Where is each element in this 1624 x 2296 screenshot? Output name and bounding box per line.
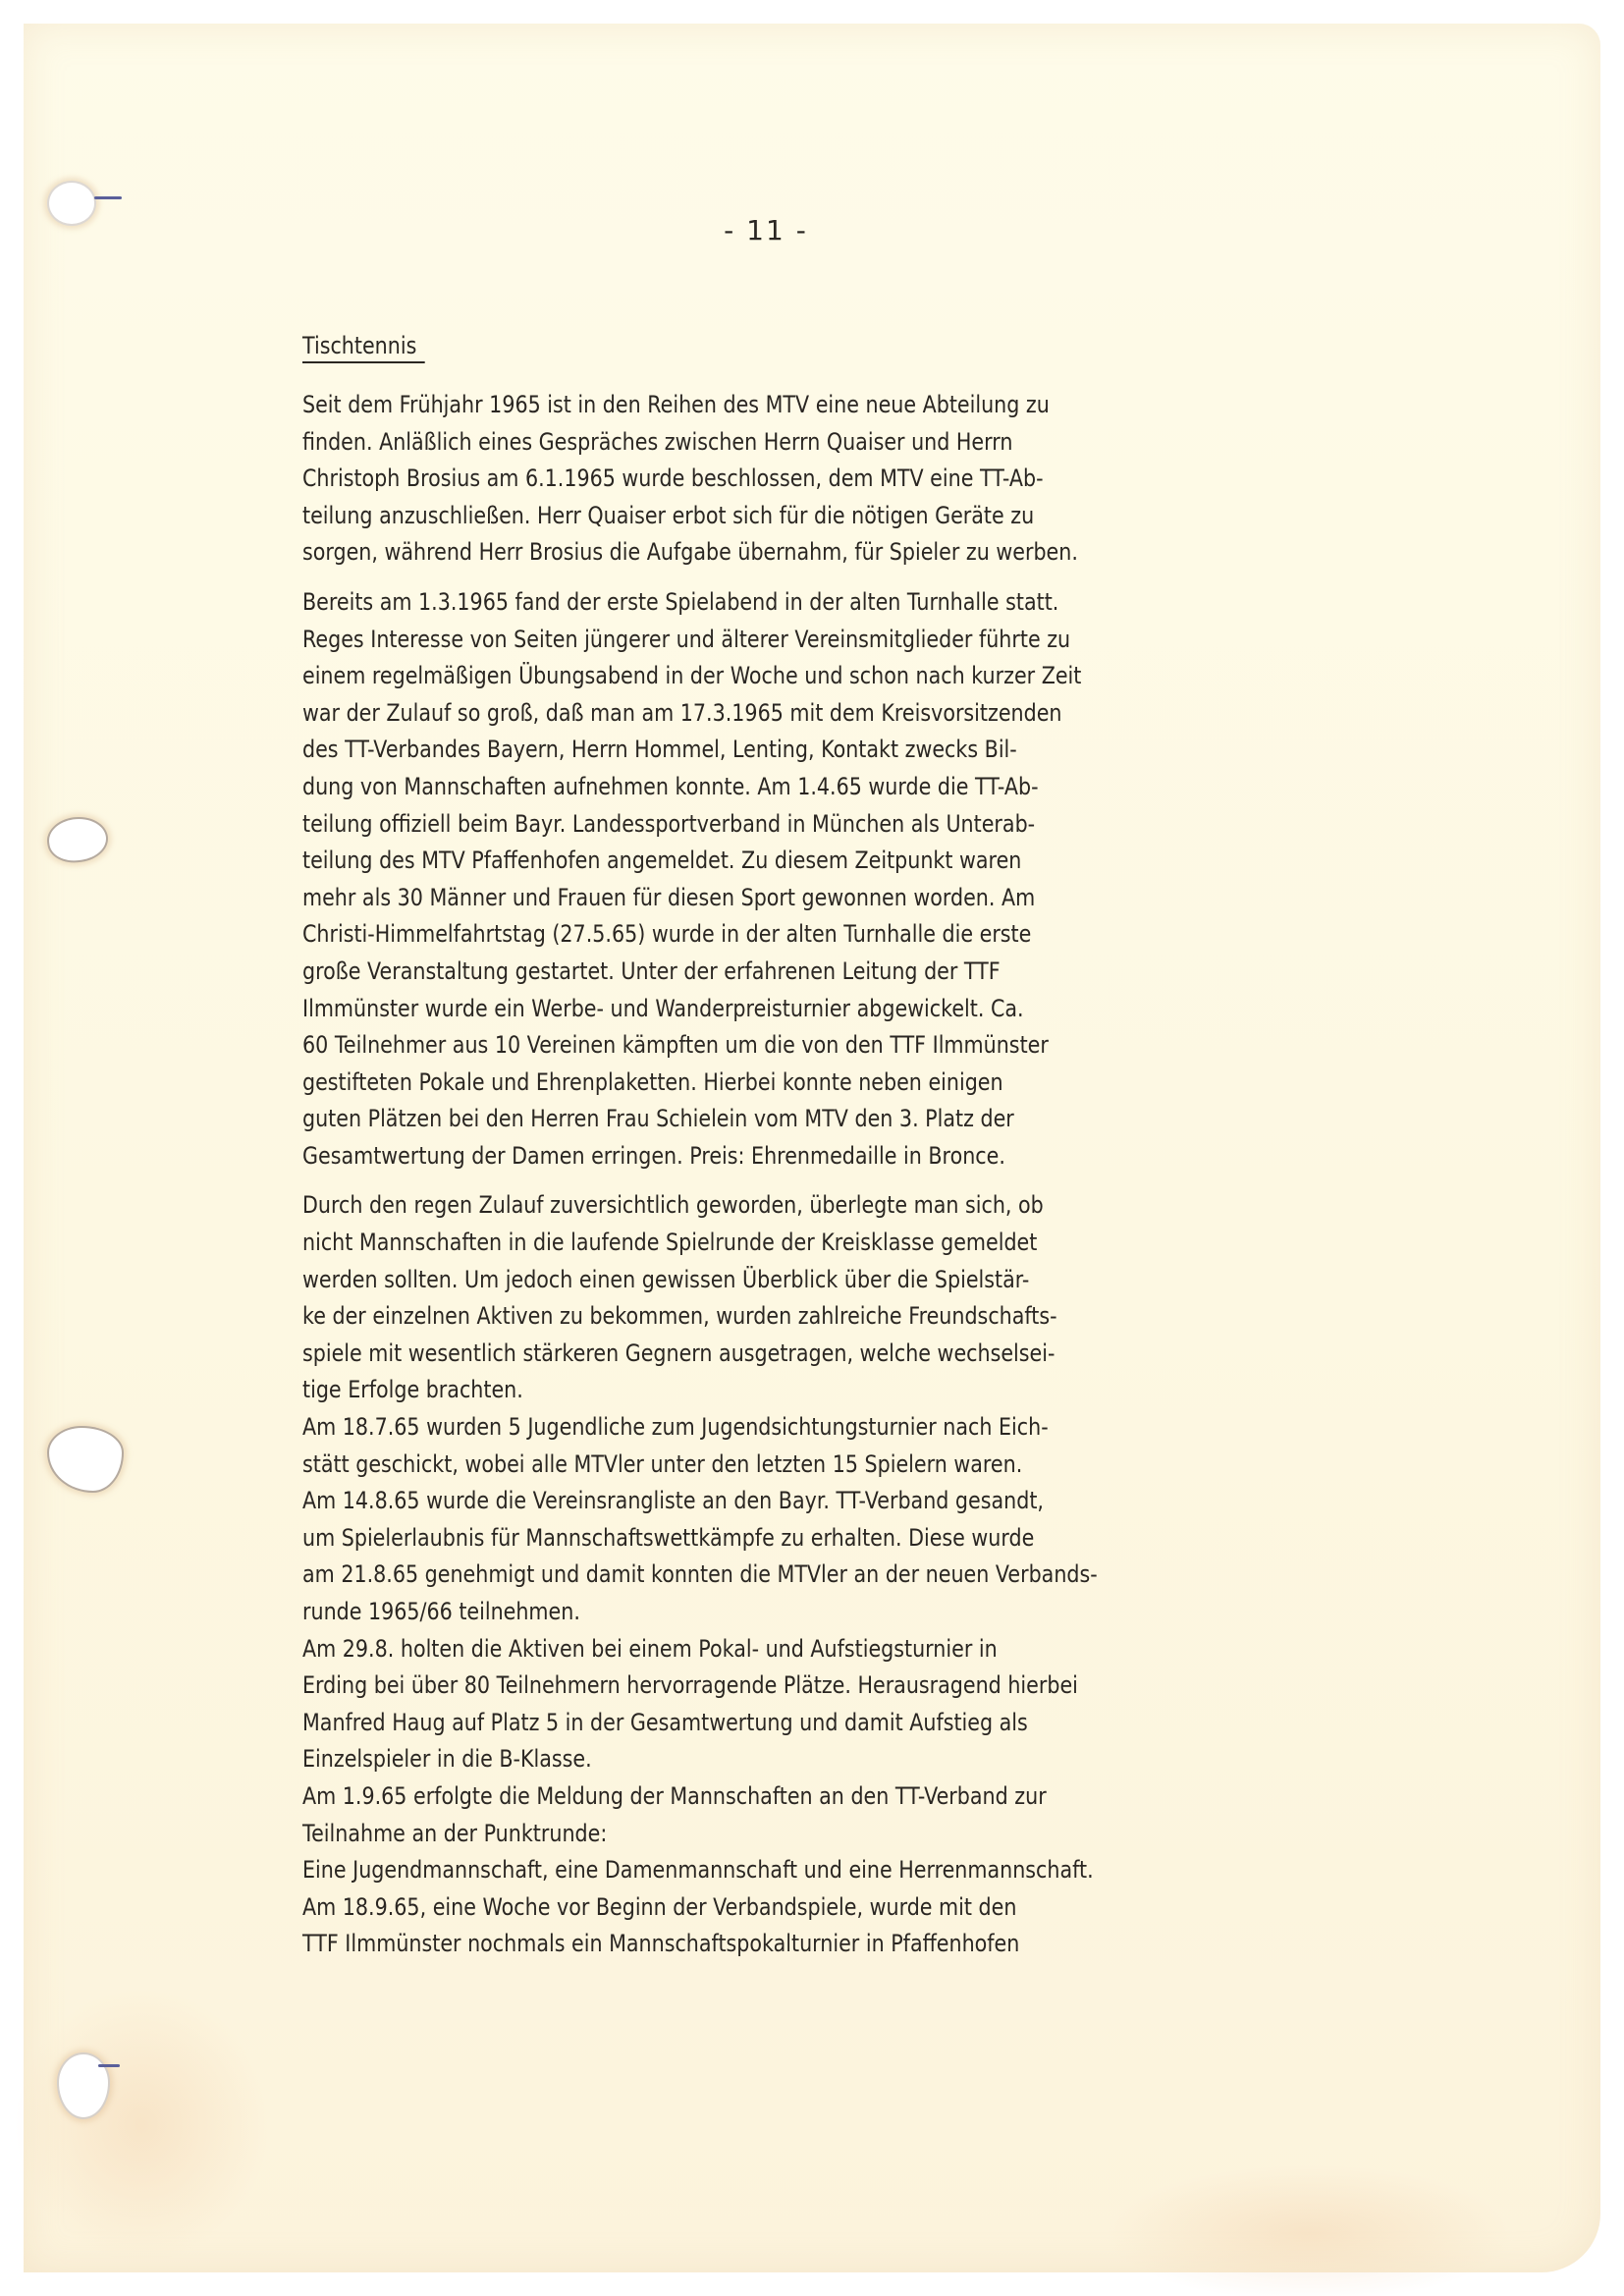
text-line: Am 29.8. holten die Aktiven bei einem Po… [302, 1631, 1367, 1668]
text-line: 60 Teilnehmer aus 10 Vereinen kämpften u… [302, 1027, 1367, 1065]
text-line: war der Zulauf so groß, daß man am 17.3.… [302, 695, 1367, 733]
text-line: um Spielerlaubnis für Mannschaftswettkäm… [302, 1520, 1367, 1558]
text-line: des TT-Verbandes Bayern, Herrn Hommel, L… [302, 732, 1367, 769]
text-line: Bereits am 1.3.1965 fand der erste Spiel… [302, 584, 1367, 622]
paper-stain [1104, 2164, 1516, 2296]
text-line: guten Plätzen bei den Herren Frau Schiel… [302, 1101, 1367, 1138]
paragraph-2: Bereits am 1.3.1965 fand der erste Spiel… [302, 584, 1367, 1175]
text-line: Ilmmünster wurde ein Werbe- und Wanderpr… [302, 991, 1367, 1028]
text-line: Reges Interesse von Seiten jüngerer und … [302, 622, 1367, 659]
section-heading: Tischtennis [302, 332, 425, 363]
text-line: teilung des MTV Pfaffenhofen angemeldet.… [302, 843, 1367, 880]
paragraph-1: Seit dem Frühjahr 1965 ist in den Reihen… [302, 387, 1367, 572]
text-line: einem regelmäßigen Übungsabend in der Wo… [302, 658, 1367, 695]
text-line: dung von Mannschaften aufnehmen konnte. … [302, 769, 1367, 806]
pen-mark [98, 2064, 120, 2067]
paragraph-3: Durch den regen Zulauf zuversichtlich ge… [302, 1187, 1367, 1962]
punch-hole-3 [47, 1426, 124, 1493]
text-line: Am 18.7.65 wurden 5 Jugendliche zum Juge… [302, 1409, 1367, 1447]
pen-mark [94, 196, 122, 199]
text-line: werden sollten. Um jedoch einen gewissen… [302, 1262, 1367, 1299]
text-line: Erding bei über 80 Teilnehmern hervorrag… [302, 1667, 1367, 1705]
text-line: Manfred Haug auf Platz 5 in der Gesamtwe… [302, 1705, 1367, 1742]
text-line: große Veranstaltung gestartet. Unter der… [302, 954, 1367, 991]
page-number: - 11 - [0, 214, 1532, 246]
text-line: Am 14.8.65 wurde die Vereinsrangliste an… [302, 1483, 1367, 1520]
text-line: Gesamtwertung der Damen erringen. Preis:… [302, 1138, 1367, 1175]
punch-hole-2 [44, 813, 111, 866]
text-line: runde 1965/66 teilnehmen. [302, 1594, 1367, 1631]
paper-stain [14, 1988, 269, 2263]
text-line: teilung anzuschließen. Herr Quaiser erbo… [302, 498, 1367, 535]
text-line: TTF Ilmmünster nochmals ein Mannschaftsp… [302, 1926, 1367, 1963]
document-body: Seit dem Frühjahr 1965 ist in den Reihen… [302, 387, 1367, 1963]
text-line: tige Erfolge brachten. [302, 1372, 1367, 1409]
text-line: Am 18.9.65, eine Woche vor Beginn der Ve… [302, 1889, 1367, 1927]
text-line: Einzelspieler in die B-Klasse. [302, 1741, 1367, 1778]
text-line: nicht Mannschaften in die laufende Spiel… [302, 1225, 1367, 1262]
text-line: Durch den regen Zulauf zuversichtlich ge… [302, 1187, 1367, 1225]
text-line: finden. Anläßlich eines Gespräches zwisc… [302, 424, 1367, 462]
text-line: Christoph Brosius am 6.1.1965 wurde besc… [302, 461, 1367, 498]
text-line: mehr als 30 Männer und Frauen für diesen… [302, 880, 1367, 917]
text-line: sorgen, während Herr Brosius die Aufgabe… [302, 534, 1367, 572]
text-line: Seit dem Frühjahr 1965 ist in den Reihen… [302, 387, 1367, 424]
text-line: spiele mit wesentlich stärkeren Gegnern … [302, 1336, 1367, 1373]
text-line: Teilnahme an der Punktrunde: [302, 1816, 1367, 1853]
text-line: am 21.8.65 genehmigt und damit konnten d… [302, 1557, 1367, 1594]
text-line: gestifteten Pokale und Ehrenplaketten. H… [302, 1065, 1367, 1102]
text-line: Am 1.9.65 erfolgte die Meldung der Manns… [302, 1778, 1367, 1816]
text-line: teilung offiziell beim Bayr. Landessport… [302, 806, 1367, 844]
text-line: ke der einzelnen Aktiven zu bekommen, wu… [302, 1298, 1367, 1336]
text-line: stätt geschickt, wobei alle MTVler unter… [302, 1447, 1367, 1484]
text-line: Christi-Himmelfahrtstag (27.5.65) wurde … [302, 916, 1367, 954]
text-line: Eine Jugendmannschaft, eine Damenmannsch… [302, 1852, 1367, 1889]
